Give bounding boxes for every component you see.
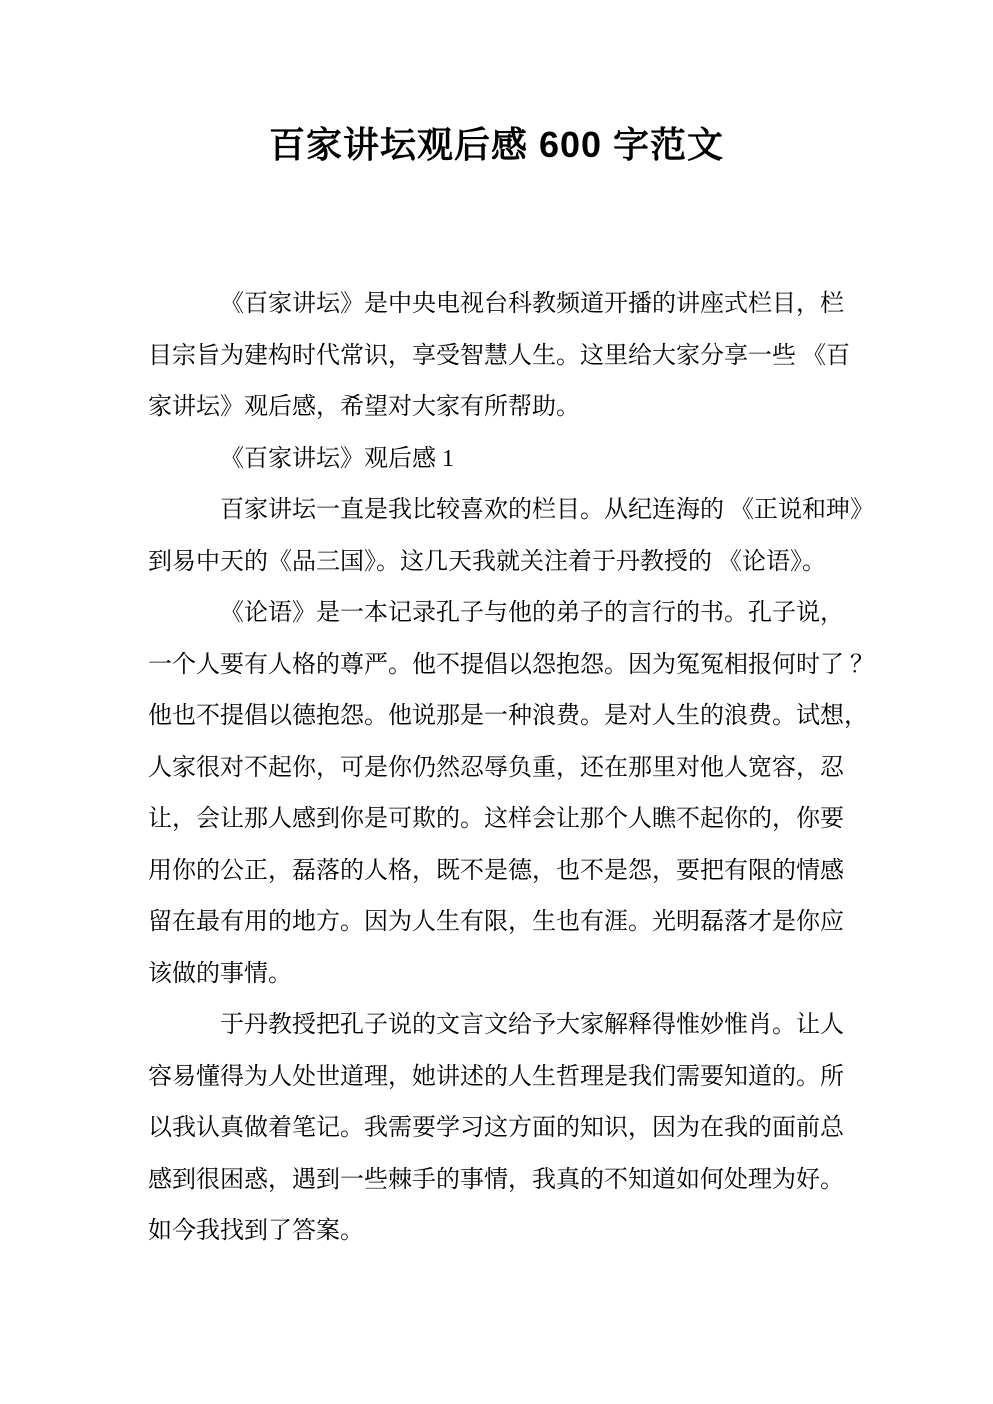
document-body: 《百家讲坛》是中央电视台科教频道开播的讲座式栏目，栏 目宗旨为建构时代常识，享受…	[148, 279, 893, 1258]
paragraph-section-heading: 《百家讲坛》观后感 1	[148, 434, 893, 486]
paragraph-body-3: 于丹教授把孔子说的文言文给予大家解释得惟妙惟肖。让人 容易懂得为人处世道理，她讲…	[148, 1000, 893, 1258]
paragraph-intro: 《百家讲坛》是中央电视台科教频道开播的讲座式栏目，栏 目宗旨为建构时代常识，享受…	[148, 279, 893, 434]
document-title: 百家讲坛观后感 600 字范文	[148, 123, 845, 167]
document-page: 百家讲坛观后感 600 字范文 《百家讲坛》是中央电视台科教频道开播的讲座式栏目…	[0, 0, 993, 1404]
paragraph-body-1: 百家讲坛一直是我比较喜欢的栏目。从纪连海的 《正说和珅》 到易中天的《品三国》。…	[148, 485, 893, 588]
paragraph-body-2: 《论语》是一本记录孔子与他的弟子的言行的书。孔子说， 一个人要有人格的尊严。他不…	[148, 588, 893, 1000]
